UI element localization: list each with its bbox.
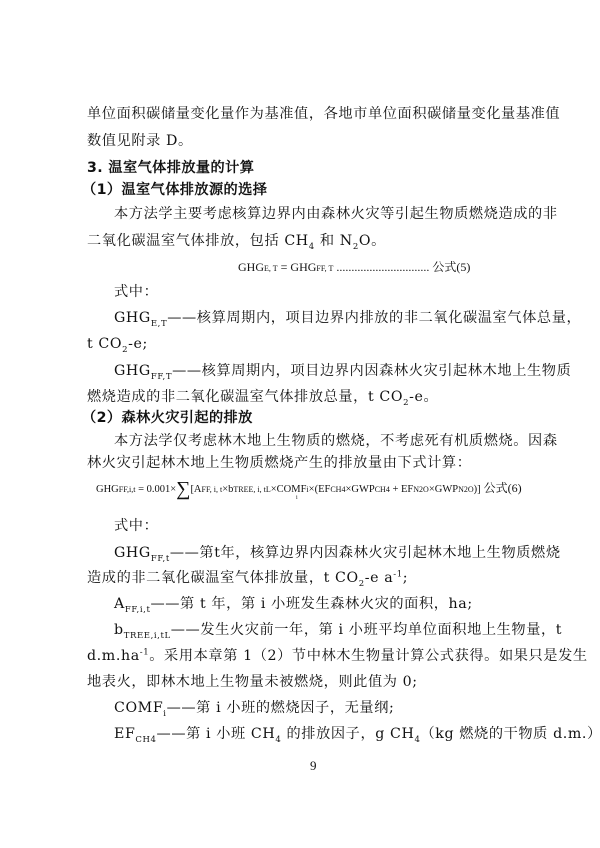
text: ×COMF: [271, 484, 307, 495]
definition-line: d.m.ha-1。采用本章第 1（2）节中林木生物量计算公式获得。如果只是发生: [87, 646, 588, 666]
text: 二氧化碳温室气体排放，包括 CH: [87, 233, 309, 249]
text: =: [278, 260, 291, 274]
formula-label: 公式(6): [481, 481, 522, 495]
definition-line: 造成的非二氧化碳温室气体排放量，t CO2-e a-1;: [87, 568, 408, 588]
text: ×GWP: [345, 484, 374, 495]
paragraph-line: 林火灾引起林木地上生物质燃烧产生的排放量由下式计算：: [87, 453, 471, 473]
text: ×GWP: [429, 484, 458, 495]
text: 燃烧造成的非二氧化碳温室气体排放总量，t CO: [87, 389, 403, 405]
term: GHG: [114, 363, 151, 379]
term: b: [114, 622, 124, 638]
text: ×b: [222, 484, 233, 495]
subscript: E,T: [151, 319, 167, 329]
subscript: TREE,i,tL: [124, 631, 171, 641]
superscript: -1: [393, 569, 402, 579]
definition-line: GHGFF,t——第t年，核算边界内因森林火灾引起林木地上生物质燃烧: [114, 543, 561, 563]
subscript: FF,t: [151, 554, 170, 564]
formula-5: GHGE, T = GHGFF, T .....................…: [238, 258, 470, 275]
page-number: 9: [310, 758, 317, 774]
term: COMF: [114, 700, 163, 716]
definition-line: t CO2-e;: [87, 334, 148, 354]
definition-line: COMFi——第 i 小班的燃烧因子，无量纲;: [114, 698, 394, 718]
text: 的排放因子，g CH: [281, 726, 414, 742]
section-heading: 3. 温室气体排放量的计算: [87, 158, 254, 178]
definition-line: AFF,i,t——第 t 年，第 i 小班发生森林火灾的面积，ha;: [114, 594, 473, 614]
text: 。采用本章第 1（2）节中林木生物量计算公式获得。如果只是发生: [149, 648, 587, 664]
definition-line: EFCH4——第 i 小班 CH4 的排放因子，g CH4（kg 燃烧的干物质 …: [114, 724, 600, 744]
text: 和 N: [315, 233, 353, 249]
text: [A: [190, 484, 201, 495]
paragraph-line: 二氧化碳温室气体排放，包括 CH4 和 N2O。: [87, 231, 386, 251]
text: ——核算周期内，项目边界内因森林火灾引起林木地上生物质: [172, 363, 571, 379]
subscript: TREE, i, tL: [233, 485, 270, 494]
formula-label: 公式(5): [429, 260, 470, 274]
subsection-heading: （1）温室气体排放源的选择: [82, 180, 267, 200]
text: ——核算周期内，项目边界内排放的非二氧化碳温室气体总量，: [167, 310, 581, 326]
text: 造成的非二氧化碳温室气体排放量，t CO: [87, 570, 359, 586]
document-page: 单位面积碳储量变化量作为基准值，各地市单位面积碳储量变化量基准值 数值见附录 D…: [0, 0, 600, 848]
text: -e。: [409, 389, 438, 405]
text: = 0.001×: [135, 484, 176, 495]
subscript: N2O: [458, 485, 474, 494]
text: -e;: [128, 336, 148, 352]
subscript: FF,T: [151, 372, 172, 382]
text: ——第 i 小班 CH: [157, 726, 276, 742]
leader-dots: ...............................: [333, 260, 429, 274]
term: GHG: [114, 310, 151, 326]
text: ——第 i 小班的燃烧因子，无量纲;: [167, 700, 395, 716]
paragraph-line: 本方法学主要考虑核算边界内由森林火灾等引起生物质燃烧造成的非: [114, 204, 558, 224]
text: d.m.ha: [87, 648, 140, 664]
text: ×(EF: [309, 484, 331, 495]
subscript: FF,i,t: [119, 485, 136, 494]
where-label: 式中：: [114, 516, 158, 536]
subscript: N2O: [413, 485, 429, 494]
paragraph-line: 单位面积碳储量变化量作为基准值，各地市单位面积碳储量变化量基准值: [87, 104, 560, 124]
definition-line: GHGFF,T——核算周期内，项目边界内因森林火灾引起林木地上生物质: [114, 361, 571, 381]
subscript: CH4: [375, 485, 390, 494]
text: + EF: [390, 484, 413, 495]
text: GHG: [290, 260, 316, 274]
subscript: E, T: [264, 264, 278, 273]
text: （kg 燃烧的干物质 d.m.）: [420, 726, 600, 742]
text: ——第 t 年，第 i 小班发生森林火灾的面积，ha;: [150, 596, 472, 612]
text: t CO: [87, 336, 122, 352]
text: ——第t年，核算边界内因森林火灾引起林木地上生物质燃烧: [170, 545, 561, 561]
text: O。: [359, 233, 386, 249]
paragraph-line: 数值见附录 D。: [87, 131, 193, 151]
subscript: CH4: [330, 485, 345, 494]
text: GHG: [96, 484, 119, 495]
superscript: -1: [140, 647, 149, 657]
text: ——发生火灾前一年，第 i 小班平均单位面积地上生物量，t: [171, 622, 562, 638]
definition-line: 地表火，即林木地上生物量未被燃烧，则此值为 0;: [87, 672, 418, 692]
definition-line: bTREE,i,tL——发生火灾前一年，第 i 小班平均单位面积地上生物量，t: [114, 620, 562, 640]
summation-index: i: [296, 495, 298, 501]
subscript: FF, T: [316, 264, 333, 273]
term: A: [114, 596, 125, 612]
text: )]: [474, 484, 481, 495]
where-label: 式中：: [114, 282, 158, 302]
formula-6: GHGFF,i,t = 0.001×∑[AFF, i, t×bTREE, i, …: [96, 475, 522, 498]
definition-line: GHGE,T——核算周期内，项目边界内排放的非二氧化碳温室气体总量，: [114, 308, 581, 328]
text: GHG: [238, 260, 264, 274]
subscript: FF, i, t: [202, 485, 223, 494]
term: EF: [114, 726, 135, 742]
subsection-heading: （2）森林火灾引起的排放: [82, 408, 253, 428]
term: GHG: [114, 545, 151, 561]
subscript: CH4: [135, 735, 156, 745]
text: -e a: [365, 570, 394, 586]
paragraph-line: 本方法学仅考虑林木地上生物质的燃烧，不考虑死有机质燃烧。因森: [114, 431, 558, 451]
definition-line: 燃烧造成的非二氧化碳温室气体排放总量，t CO2-e。: [87, 387, 438, 407]
text: ;: [403, 570, 408, 586]
subscript: FF,i,t: [125, 605, 151, 615]
summation-symbol: ∑: [176, 478, 190, 500]
